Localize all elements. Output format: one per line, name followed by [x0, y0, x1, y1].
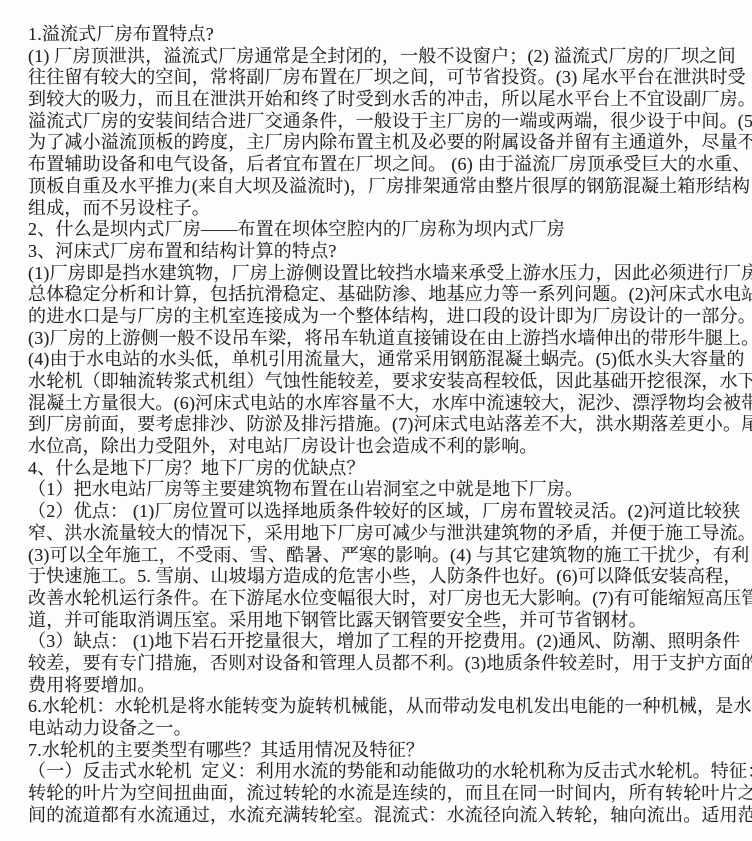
text-line: （3）缺点： (1)地下岩石开挖量很大，增加了工程的开挖费用。(2)通风、防潮、… — [28, 631, 740, 653]
text-line: (1) 厂房顶泄洪，溢流式厂房通常是全封闭的，一般不设窗户；(2) 溢流式厂房的… — [28, 46, 740, 68]
text-line: (3)可以全年施工，不受雨、雪、酷暑、严寒的影响。(4) 与其它建筑物的施工干扰… — [28, 545, 740, 567]
text-line: 6.水轮机：水轮机是将水能转变为旋转机械能，从而带动发电机发出电能的一种机械，是… — [28, 696, 740, 718]
text-line: 电站动力设备之一。 — [28, 718, 740, 740]
text-line: 往往留有较大的空间，常将副厂房布置在厂坝之间，可节省投资。(3) 尾水平台在泄洪… — [28, 67, 740, 89]
text-line: 水位高，除出力受阻外，对电站厂房设计也会造成不利的影响。 — [28, 436, 740, 458]
text-line: 较差，要有专门措施，否则对设备和管理人员都不利。(3)地质条件较差时，用于支护方… — [28, 653, 740, 675]
text-line: 布置辅助设备和电气设备，后者宜布置在厂坝之间。 (6) 由于溢流厂房顶承受巨大的… — [28, 154, 740, 176]
text-line: （2）优点： (1)厂房位置可以选择地质条件较好的区域，厂房布置较灵活。(2)河… — [28, 501, 740, 523]
text-line: 1.溢流式厂房布置特点? — [28, 24, 740, 46]
text-line: 的进水口是与厂房的主机室连接成为一个整体结构，进口段的设计即为厂房设计的一部分。 — [28, 306, 740, 328]
text-line: 总体稳定分析和计算，包括抗滑稳定、基础防渗、地基应力等一系列问题。(2)河床式水… — [28, 284, 740, 306]
text-line: (3)厂房的上游侧一般不设吊车梁，将吊车轨道直接铺设在由上游挡水墙伸出的带形牛腿… — [28, 328, 740, 350]
text-line: 于快速施工。5. 雪崩、山坡塌方造成的危害小些，人防条件也好。(6)可以降低安装… — [28, 566, 740, 588]
text-line: 间的流道都有水流通过，水流充满转轮室。混流式：水流径向流入转轮，轴向流出。适用范 — [28, 805, 740, 827]
text-line: 水轮机（即轴流转浆式机组）气蚀性能较差，要求安装高程较低，因此基础开挖很深，水下 — [28, 371, 740, 393]
text-line: 到较大的吸力，而且在泄洪开始和终了时受到水舌的冲击，所以尾水平台上不宜设副厂房。… — [28, 89, 740, 111]
notes-text-block: 1.溢流式厂房布置特点?(1) 厂房顶泄洪，溢流式厂房通常是全封闭的，一般不设窗… — [28, 24, 740, 826]
text-line: 费用将要增加。 — [28, 675, 740, 697]
text-line: 2、什么是坝内式厂房——布置在坝体空腔内的厂房称为坝内式厂房 — [28, 219, 740, 241]
text-line: (4)由于水电站的水头低，单机引用流量大，通常采用钢筋混凝土蜗壳。(5)低水头大… — [28, 349, 740, 371]
text-line: 窄、洪水流量较大的情况下，采用地下厂房可减少与泄洪建筑物的矛盾，并便于施工导流。 — [28, 523, 740, 545]
text-line: (1)厂房即是挡水建筑物，厂房上游侧设置比较挡水墙来承受上游水压力，因此必须进行… — [28, 263, 740, 285]
text-line: （1）把水电站厂房等主要建筑物布置在山岩洞室之中就是地下厂房。 — [28, 479, 740, 501]
text-line: 到厂房前面，要考虑排沙、防淤及排污措施。(7)河床式电站落差不大，洪水期落差更小… — [28, 414, 740, 436]
text-line: （一）反击式水轮机 定义：利用水流的势能和动能做功的水轮机称为反击式水轮机。特征… — [28, 761, 740, 783]
text-line: 顶板自重及水平推力(来自大坝及溢流时)，厂房排架通常由整片很厚的钢筋混凝土箱形结… — [28, 176, 740, 198]
text-line: 转轮的叶片为空间扭曲面，流过转轮的水流是连续的，而且在同一时间内，所有转轮叶片之 — [28, 783, 740, 805]
text-line: 道，并可能取消调压室。采用地下钢管比露天钢管要安全些，并可节省钢材。 — [28, 610, 740, 632]
text-line: 改善水轮机运行条件。在下游尾水位变幅很大时，对厂房也无大影响。(7)有可能缩短高… — [28, 588, 740, 610]
text-line: 组成，而不另设柱子。 — [28, 198, 740, 220]
text-line: 溢流式厂房的安装间结合进厂交通条件，一般设于主厂房的一端或两端，很少设于中间。(… — [28, 111, 740, 133]
text-line: 4、什么是地下厂房？地下厂房的优缺点？ — [28, 458, 740, 480]
text-line: 为了减小溢流顶板的跨度，主厂房内除布置主机及必要的附属设备并留有主通道外，尽量不 — [28, 132, 740, 154]
text-line: 3、河床式厂房布置和结构计算的特点? — [28, 241, 740, 263]
document-page: 1.溢流式厂房布置特点?(1) 厂房顶泄洪，溢流式厂房通常是全封闭的，一般不设窗… — [0, 0, 752, 841]
text-line: 7.水轮机的主要类型有哪些？其适用情况及特征？ — [28, 740, 740, 762]
text-line: 混凝土方量很大。(6)河床式电站的水库容量不大，水库中流速较大，泥沙、漂浮物均会… — [28, 393, 740, 415]
